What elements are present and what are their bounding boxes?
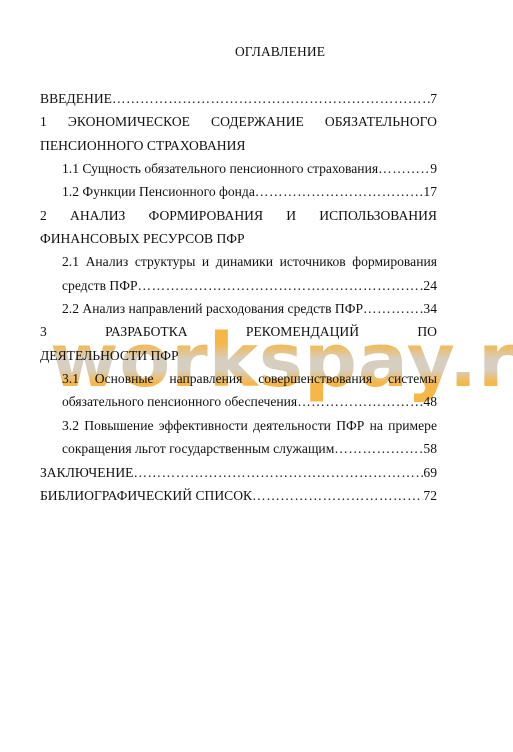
toc-leader-dots [334, 437, 423, 460]
table-of-contents: ВВЕДЕНИЕ 7 1 ЭКОНОМИЧЕСКОЕ СОДЕРЖАНИЕ ОБ… [40, 87, 437, 507]
toc-entry-label: 2.2 Анализ направлений расходования сред… [62, 297, 363, 320]
toc-entry-2-1[interactable]: 2.1 Анализ структуры и динамики источник… [40, 250, 437, 273]
toc-entry-label: 3 РАЗРАБОТКА РЕКОМЕНДАЦИЙ ПО СОВЕРШЕНСТВ… [40, 324, 437, 343]
toc-page-number: 24 [423, 274, 437, 297]
toc-entry-label: ДЕЯТЕЛЬНОСТИ ПФР [40, 348, 179, 363]
toc-entry-chapter-2-cont[interactable]: ФИНАНСОВЫХ РЕСУРСОВ ПФР [40, 227, 437, 250]
toc-entry-3-1-cont[interactable]: обязательного пенсионного обеспечения 48 [40, 390, 437, 413]
toc-entry-introduction[interactable]: ВВЕДЕНИЕ 7 [40, 87, 437, 110]
toc-entry-chapter-3[interactable]: 3 РАЗРАБОТКА РЕКОМЕНДАЦИЙ ПО СОВЕРШЕНСТВ… [40, 320, 437, 343]
toc-entry-chapter-3-cont[interactable]: ДЕЯТЕЛЬНОСТИ ПФР [40, 344, 437, 367]
toc-entry-label: 1 ЭКОНОМИЧЕСКОЕ СОДЕРЖАНИЕ ОБЯЗАТЕЛЬНОГО [40, 114, 437, 129]
toc-page-number: 58 [423, 437, 437, 460]
toc-entry-label: ФИНАНСОВЫХ РЕСУРСОВ ПФР [40, 231, 245, 246]
toc-leader-dots [255, 180, 424, 203]
toc-entry-3-2[interactable]: 3.2 Повышение эффективности деятельности… [40, 414, 437, 437]
toc-page-number: 48 [423, 390, 437, 413]
toc-entry-1-2[interactable]: 1.2 Функции Пенсионного фонда 17 [40, 180, 437, 203]
toc-page-number: 69 [423, 461, 437, 484]
toc-entry-label: ВВЕДЕНИЕ [40, 87, 112, 110]
toc-entry-label: 3.1 Основные направления совершенствован… [62, 371, 437, 386]
toc-entry-label: ЗАКЛЮЧЕНИЕ [40, 461, 133, 484]
toc-leader-dots [363, 297, 423, 320]
toc-entry-2-1-cont[interactable]: средств ПФР 24 [40, 274, 437, 297]
toc-page-number: 72 [423, 484, 437, 507]
toc-entry-label: сокращения льгот государственным служащи… [62, 437, 334, 460]
toc-entry-conclusion[interactable]: ЗАКЛЮЧЕНИЕ 69 [40, 461, 437, 484]
toc-leader-dots [378, 157, 430, 180]
toc-entry-3-2-cont[interactable]: сокращения льгот государственным служащи… [40, 437, 437, 460]
toc-page-number: 17 [423, 180, 437, 203]
toc-entry-label: ПЕНСИОННОГО СТРАХОВАНИЯ [40, 138, 246, 153]
toc-entry-1-1[interactable]: 1.1 Сущность обязательного пенсионного с… [40, 157, 437, 180]
toc-page-number: 9 [430, 157, 437, 180]
toc-entry-chapter-2[interactable]: 2 АНАЛИЗ ФОРМИРОВАНИЯ И ИСПОЛЬЗОВАНИЯ [40, 204, 437, 227]
toc-leader-dots [133, 461, 423, 484]
toc-entry-label: 1.1 Сущность обязательного пенсионного с… [62, 157, 378, 180]
toc-entry-chapter-1-cont[interactable]: ПЕНСИОННОГО СТРАХОВАНИЯ [40, 134, 437, 157]
page-title: ОГЛАВЛЕНИЕ [0, 44, 513, 60]
toc-leader-dots [138, 274, 424, 297]
toc-entry-chapter-1[interactable]: 1 ЭКОНОМИЧЕСКОЕ СОДЕРЖАНИЕ ОБЯЗАТЕЛЬНОГО [40, 110, 437, 133]
toc-leader-dots [297, 390, 423, 413]
toc-leader-dots [252, 484, 423, 507]
toc-entry-label: средств ПФР [62, 274, 138, 297]
toc-entry-label: 2 АНАЛИЗ ФОРМИРОВАНИЯ И ИСПОЛЬЗОВАНИЯ [40, 208, 437, 223]
toc-entry-label: обязательного пенсионного обеспечения [62, 390, 297, 413]
toc-entry-bibliography[interactable]: БИБЛИОГРАФИЧЕСКИЙ СПИСОК 72 [40, 484, 437, 507]
toc-entry-label: 2.1 Анализ структуры и динамики источник… [62, 254, 437, 269]
toc-entry-label: 3.2 Повышение эффективности деятельности… [62, 418, 437, 433]
toc-page-number: 34 [423, 297, 437, 320]
toc-entry-2-2[interactable]: 2.2 Анализ направлений расходования сред… [40, 297, 437, 320]
toc-entry-label: 1.2 Функции Пенсионного фонда [62, 180, 255, 203]
toc-leader-dots [112, 87, 430, 110]
document-page: ОГЛАВЛЕНИЕ workspay.ru ВВЕДЕНИЕ 7 1 ЭКОН… [0, 0, 513, 752]
toc-entry-label: БИБЛИОГРАФИЧЕСКИЙ СПИСОК [40, 484, 252, 507]
toc-page-number: 7 [430, 87, 437, 110]
toc-entry-3-1[interactable]: 3.1 Основные направления совершенствован… [40, 367, 437, 390]
